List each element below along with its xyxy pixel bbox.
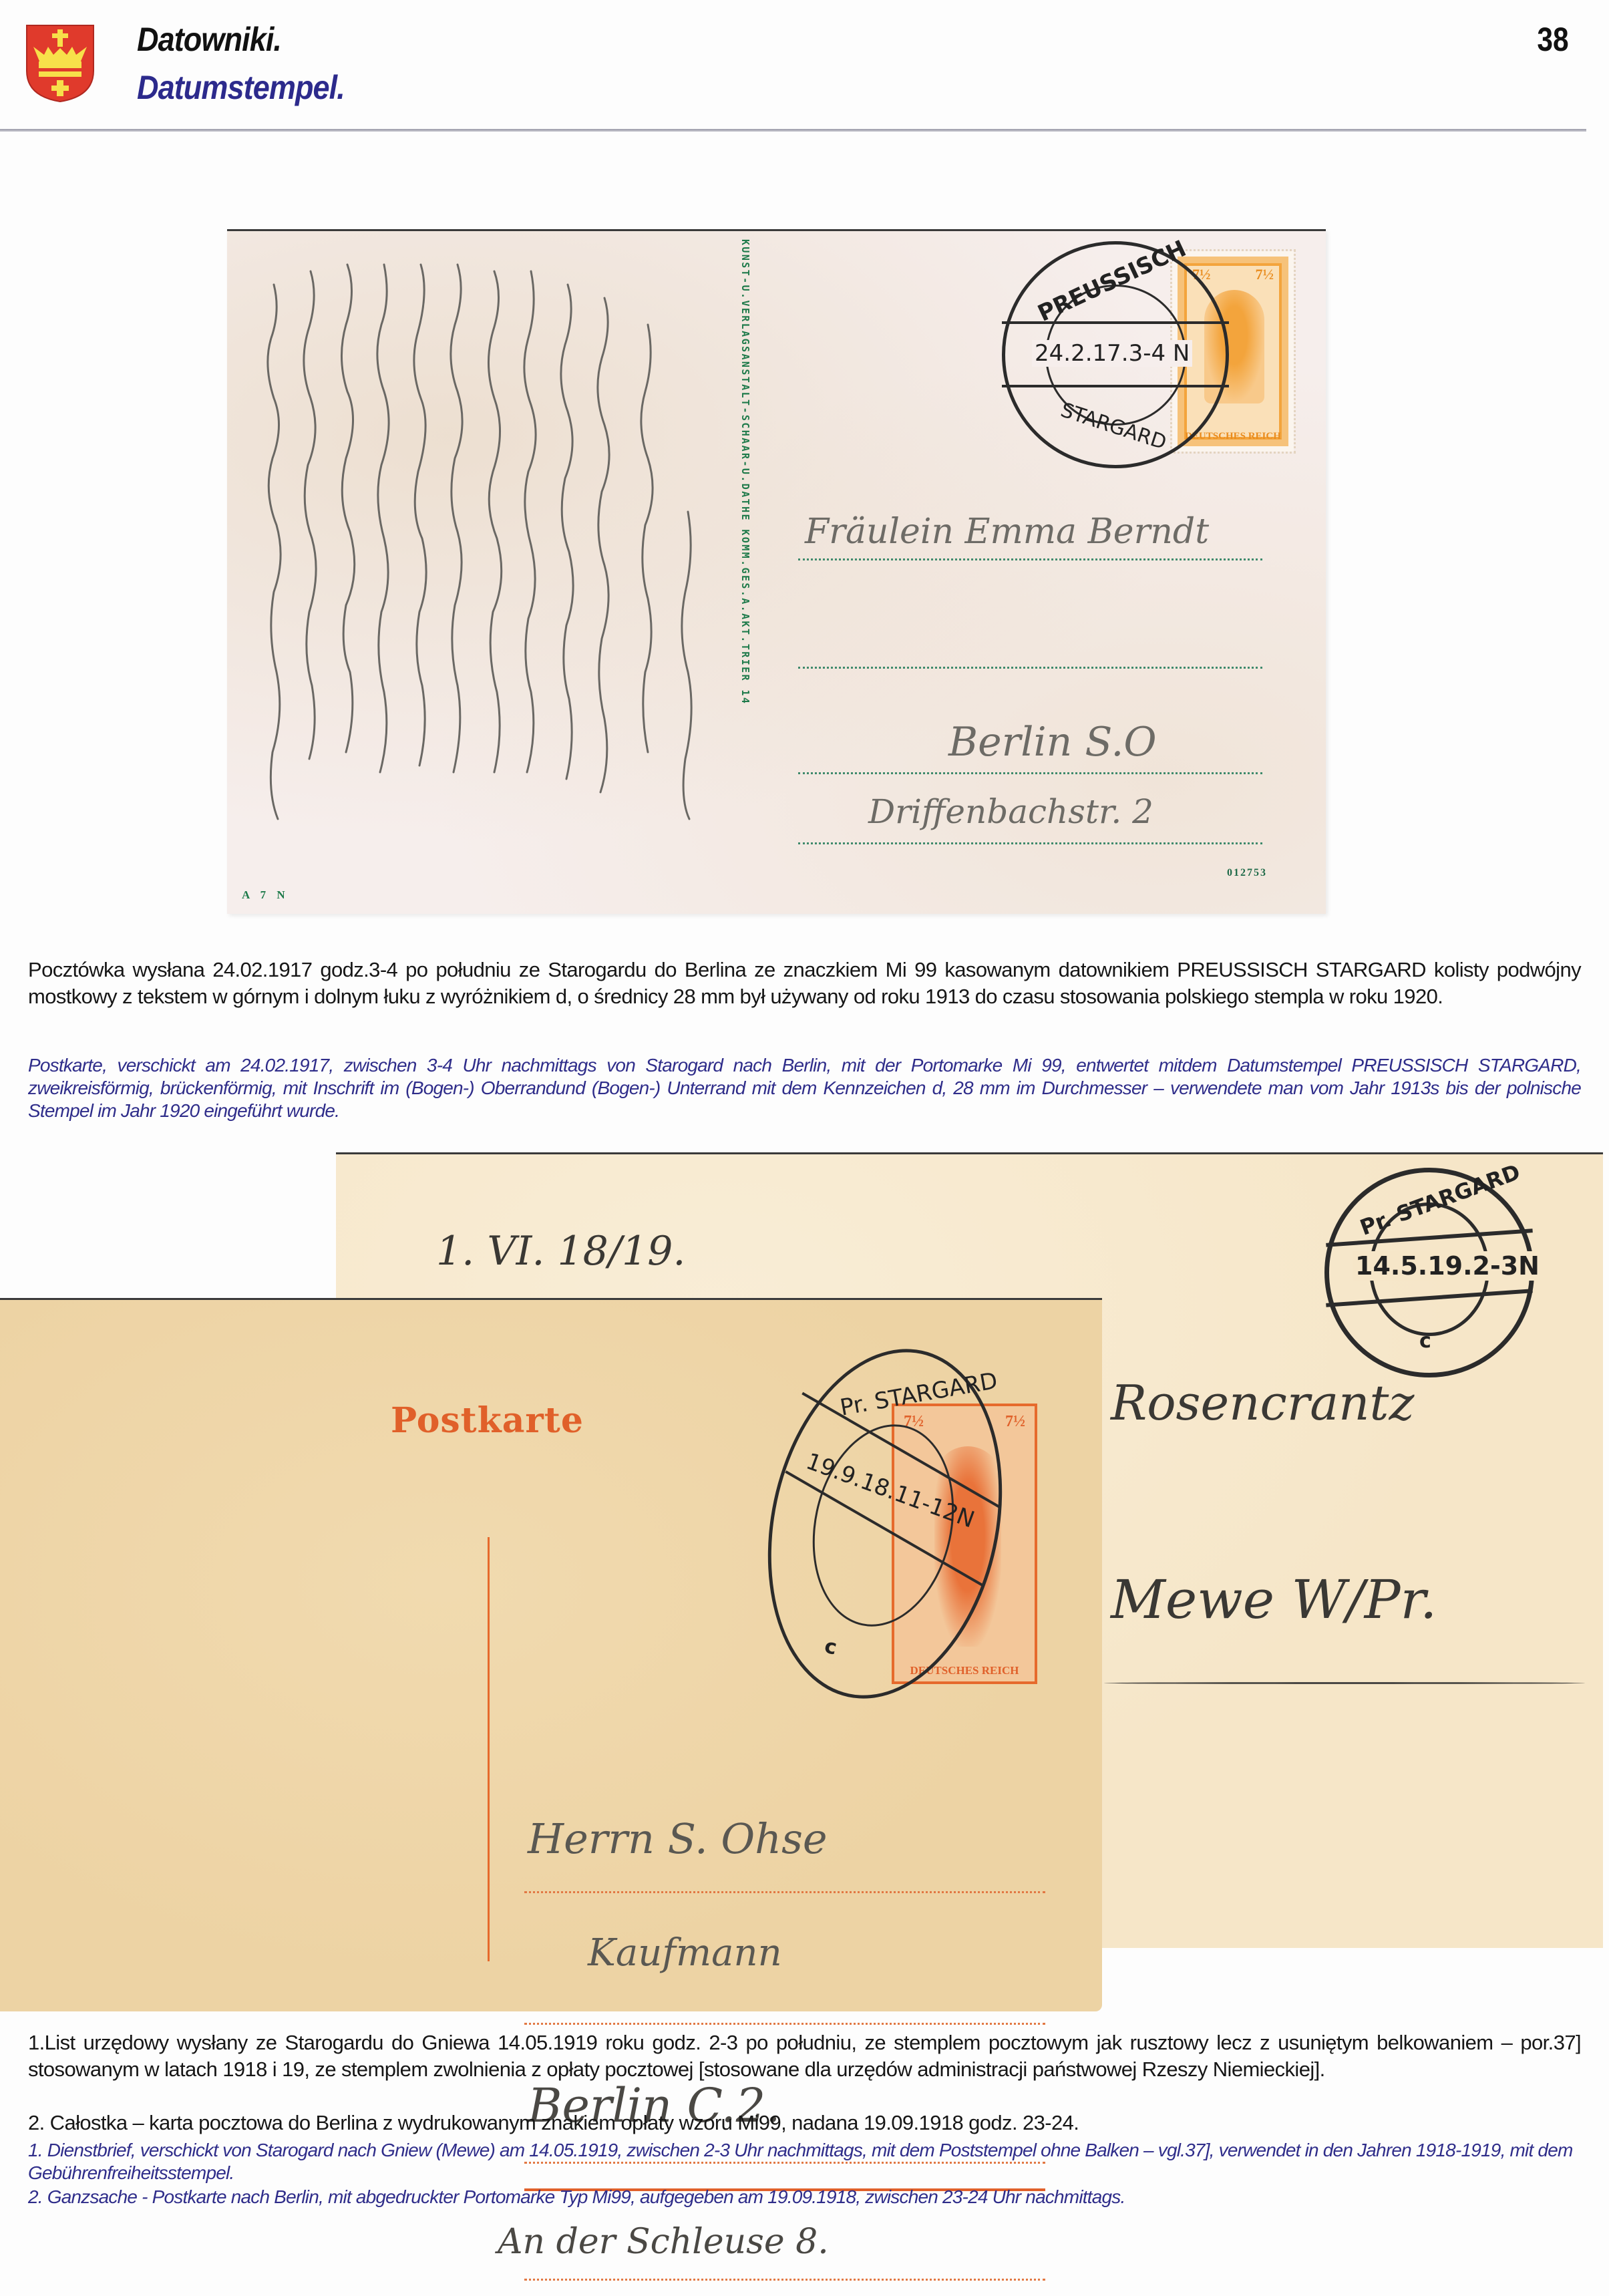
- card-code: A 7 N: [242, 888, 289, 902]
- letter-destination: Mewe W/Pr.: [1111, 1569, 1437, 1631]
- address-dotted-line: [798, 558, 1262, 560]
- handwritten-date: 1. VI. 18/19.: [436, 1228, 685, 1275]
- address-dotted-line: [798, 842, 1262, 844]
- postkarte-1918-image: Postkarte 7½ 7½ DEUTSCHES REICH Pr. STAR…: [0, 1298, 1102, 2011]
- postmark-preussisch-stargard: PREUSSISCH 24.2.17.3-4 N STARGARD: [1002, 241, 1229, 468]
- handwritten-message: [247, 244, 715, 906]
- address-underline: [1104, 1682, 1585, 1684]
- address-dotted-line: [798, 772, 1262, 774]
- address-line-city: Berlin S.O: [948, 719, 1157, 766]
- caption-item2-pl-1: 1.List urzędowy wysłany ze Starogardu do…: [28, 2029, 1581, 2083]
- publisher-imprint: KUNST-U.VERLAGSANSTALT-SCHAAR-U.DATHE KO…: [738, 239, 751, 907]
- address-dotted-line: [798, 667, 1262, 669]
- caption-item2-pl-2: 2. Całostka – karta pocztowa do Berlina …: [28, 2110, 1581, 2136]
- card-serial-number: 012753: [1227, 867, 1267, 879]
- caption-item1-de: Postkarte, verschickt am 24.02.1917, zwi…: [28, 1054, 1581, 1122]
- coat-of-arms-icon: [25, 24, 95, 103]
- caption-item1-pl: Pocztówka wysłana 24.02.1917 godz.3-4 po…: [28, 957, 1581, 1010]
- caption-item2-de-2: 2. Ganzsache - Postkarte nach Berlin, mi…: [28, 2186, 1581, 2208]
- address-line-name: Herrn S. Ohse: [528, 1814, 828, 1863]
- address-line-title: Kaufmann: [588, 1931, 782, 1975]
- address-line-street: Driffenbachstr. 2: [868, 792, 1153, 831]
- postcard-1917-image: KUNST-U.VERLAGSANSTALT-SCHAAR-U.DATHE KO…: [227, 229, 1326, 914]
- page-title: Datowniki.: [137, 20, 281, 59]
- address-line-street: An der Schleuse 8.: [498, 2222, 829, 2262]
- postmark-pr-stargard-1919: Pr. STARGARD 14.5.19.2-3N c: [1324, 1168, 1534, 1377]
- address-dotted-line: [524, 1891, 1045, 1893]
- address-dotted-line: [524, 2279, 1045, 2281]
- header-divider: [0, 129, 1586, 132]
- postkarte-title: Postkarte: [391, 1400, 584, 1441]
- caption-item2-de-1: 1. Dienstbrief, verschickt von Starogard…: [28, 2139, 1581, 2184]
- address-line-name: Fräulein Emma Berndt: [805, 512, 1209, 552]
- page-number: 38: [1538, 20, 1569, 59]
- page-subtitle: Datumstempel.: [137, 68, 345, 107]
- letter-addressee: Rosencrantz: [1111, 1375, 1414, 1431]
- card-divider-line: [488, 1537, 490, 1961]
- address-dotted-line: [524, 2023, 1045, 2025]
